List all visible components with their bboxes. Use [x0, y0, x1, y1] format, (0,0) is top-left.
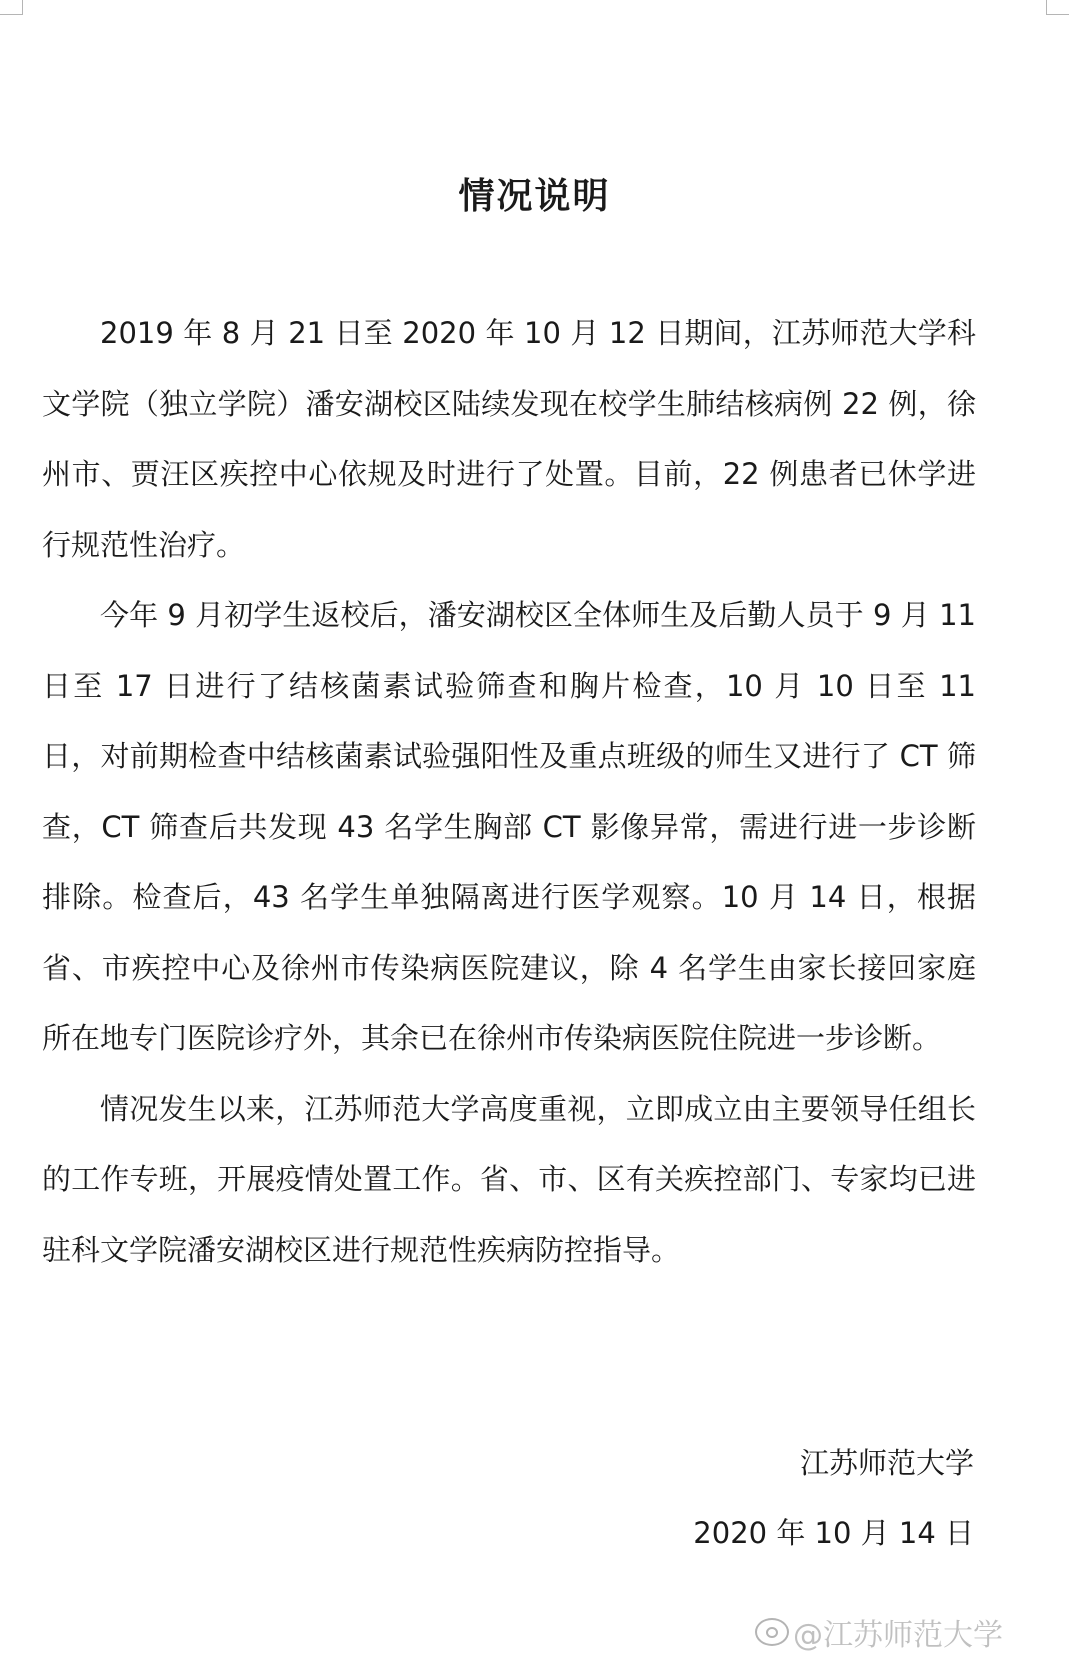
document-body: 2019 年 8 月 21 日至 2020 年 10 月 12 日期间，江苏师范…	[42, 298, 976, 1285]
document-title: 情况说明	[0, 168, 1069, 219]
weibo-icon	[755, 1618, 789, 1646]
page-corner-mark-left	[0, 0, 23, 15]
paragraph-1: 2019 年 8 月 21 日至 2020 年 10 月 12 日期间，江苏师范…	[42, 298, 976, 580]
watermark-text: @江苏师范大学	[793, 1610, 1003, 1653]
page-corner-mark-right	[1046, 0, 1069, 15]
paragraph-2: 今年 9 月初学生返校后，潘安湖校区全体师生及后勤人员于 9 月 11 日至 1…	[42, 580, 976, 1074]
signature-organization: 江苏师范大学	[693, 1428, 974, 1498]
signature-block: 江苏师范大学 2020 年 10 月 14 日	[693, 1428, 974, 1568]
signature-date: 2020 年 10 月 14 日	[693, 1498, 974, 1568]
paragraph-3: 情况发生以来，江苏师范大学高度重视，立即成立由主要领导任组长的工作专班，开展疫情…	[42, 1074, 976, 1286]
weibo-watermark: @江苏师范大学	[755, 1610, 1003, 1653]
